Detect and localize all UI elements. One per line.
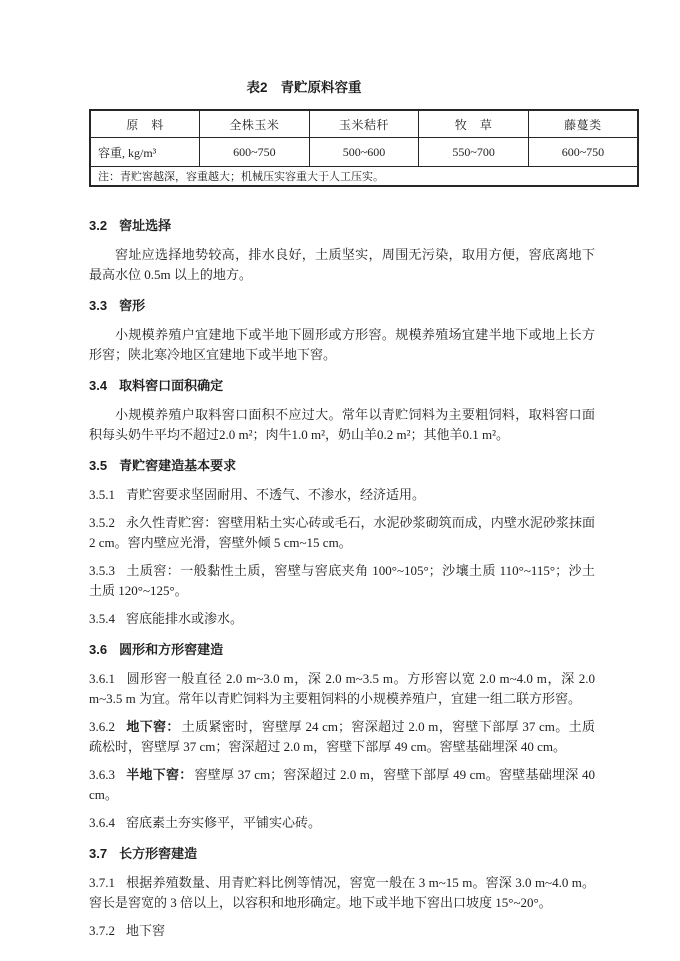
section-heading-3.2: 3.2窖址选择 bbox=[89, 216, 595, 236]
document-page: 表2青贮原料容重 原 料 全株玉米 玉米秸秆 牧 草 藤蔓类 容重, kg/m³… bbox=[0, 0, 680, 961]
paragraph: 小规模养殖户取料窖口面积不应过大。常年以青贮饲料为主要粗饲料，取料窖口面积每头奶… bbox=[89, 405, 595, 445]
heading-title: 圆形和方形窖建造 bbox=[119, 642, 223, 657]
clause-number: 3.7.1 bbox=[89, 875, 115, 890]
heading-title: 窖址选择 bbox=[119, 218, 171, 233]
clause-number: 3.7.2 bbox=[89, 923, 115, 938]
value-vine: 600~750 bbox=[528, 138, 638, 167]
table-note-row: 注：青贮窖越深，容重越大；机械压实容重大于人工压实。 bbox=[90, 167, 638, 187]
silage-density-table: 原 料 全株玉米 玉米秸秆 牧 草 藤蔓类 容重, kg/m³ 600~750 … bbox=[89, 109, 639, 187]
document-body: 3.2窖址选择窖址应选择地势较高，排水良好，土质坚实，周围无污染，取用方便，窖底… bbox=[89, 216, 595, 941]
column-header-vine: 藤蔓类 bbox=[528, 110, 638, 138]
clause-text: 永久性青贮窖：窖壁用粘土实心砖或毛石，水泥砂浆砌筑而成，内壁水泥砂浆抹面 2 c… bbox=[89, 515, 595, 550]
clause-3.7.2: 3.7.2地下窖 bbox=[89, 921, 595, 941]
paragraph-text: 小规模养殖户宜建地下或半地下圆形或方形窖。规模养殖场宜建半地下或地上长方形窖；陕… bbox=[89, 327, 595, 362]
clause-3.5.1: 3.5.1青贮窖要求坚固耐用、不透气、不渗水，经济适用。 bbox=[89, 485, 595, 505]
heading-title: 取料窖口面积确定 bbox=[119, 378, 223, 393]
row-label-density: 容重, kg/m³ bbox=[90, 138, 200, 167]
value-whole-corn: 600~750 bbox=[200, 138, 310, 167]
clause-number: 3.6.2 bbox=[89, 719, 115, 734]
value-forage: 550~700 bbox=[419, 138, 529, 167]
clause-3.5.4: 3.5.4窖底能排水或渗水。 bbox=[89, 609, 595, 629]
table-header-row: 原 料 全株玉米 玉米秸秆 牧 草 藤蔓类 bbox=[90, 110, 638, 138]
paragraph: 窖址应选择地势较高，排水良好，土质坚实，周围无污染，取用方便，窖底离地下最高水位… bbox=[89, 245, 595, 285]
section-heading-3.4: 3.4取料窖口面积确定 bbox=[89, 376, 595, 396]
heading-number: 3.7 bbox=[89, 846, 107, 861]
heading-number: 3.5 bbox=[89, 458, 107, 473]
clause-3.6.1: 3.6.1圆形窖一般直径 2.0 m~3.0 m，深 2.0 m~3.5 m。方… bbox=[89, 669, 595, 709]
clause-3.7.1: 3.7.1根据养殖数量、用青贮料比例等情况，窖宽一般在 3 m~15 m。窖深 … bbox=[89, 873, 595, 913]
heading-number: 3.3 bbox=[89, 298, 107, 313]
section-heading-3.6: 3.6圆形和方形窖建造 bbox=[89, 640, 595, 660]
paragraph-text: 窖址应选择地势较高，排水良好，土质坚实，周围无污染，取用方便，窖底离地下最高水位… bbox=[89, 247, 595, 282]
table-note: 注：青贮窖越深，容重越大；机械压实容重大于人工压实。 bbox=[90, 167, 638, 187]
clause-number: 3.5.2 bbox=[89, 515, 115, 530]
table-value-row: 容重, kg/m³ 600~750 500~600 550~700 600~75… bbox=[90, 138, 638, 167]
clause-text: 根据养殖数量、用青贮料比例等情况，窖宽一般在 3 m~15 m。窖深 3.0 m… bbox=[89, 875, 595, 910]
clause-number: 3.5.4 bbox=[89, 611, 115, 626]
clause-text: 窑底素土夯实修平，平铺实心砖。 bbox=[126, 815, 321, 830]
clause-3.6.4: 3.6.4窑底素土夯实修平，平铺实心砖。 bbox=[89, 813, 595, 833]
clause-3.5.3: 3.5.3土质窖：一般黏性土质，窖壁与窖底夹角 100°~105°；沙壤土质 1… bbox=[89, 561, 595, 601]
value-corn-stalk: 500~600 bbox=[309, 138, 419, 167]
paragraph-text: 小规模养殖户取料窖口面积不应过大。常年以青贮饲料为主要粗饲料，取料窖口面积每头奶… bbox=[89, 407, 595, 442]
clause-text: 地下窖 bbox=[126, 923, 165, 938]
table-caption: 表2青贮原料容重 bbox=[89, 76, 519, 96]
column-header-whole-corn: 全株玉米 bbox=[200, 110, 310, 138]
clause-text: 土质窖：一般黏性土质，窖壁与窖底夹角 100°~105°；沙壤土质 110°~1… bbox=[89, 563, 595, 598]
clause-text: 窖底能排水或渗水。 bbox=[126, 611, 243, 626]
clause-bold-label: 地下窖： bbox=[126, 719, 180, 734]
table-caption-title: 青贮原料容重 bbox=[281, 80, 362, 95]
clause-number: 3.6.1 bbox=[89, 671, 115, 686]
clause-3.5.2: 3.5.2永久性青贮窖：窖壁用粘土实心砖或毛石，水泥砂浆砌筑而成，内壁水泥砂浆抹… bbox=[89, 513, 595, 553]
heading-number: 3.2 bbox=[89, 218, 107, 233]
heading-title: 青贮窖建造基本要求 bbox=[119, 458, 236, 473]
clause-3.6.2: 3.6.2地下窖：土质紧密时，窖壁厚 24 cm；窖深超过 2.0 m，窖壁下部… bbox=[89, 717, 595, 757]
column-header-material: 原 料 bbox=[90, 110, 200, 138]
table-caption-number: 表2 bbox=[246, 80, 267, 95]
clause-3.6.3: 3.6.3半地下窖：窖壁厚 37 cm；窖深超过 2.0 m，窖壁下部厚 49 … bbox=[89, 765, 595, 805]
clause-bold-label: 半地下窖： bbox=[126, 767, 193, 782]
heading-number: 3.4 bbox=[89, 378, 107, 393]
section-heading-3.3: 3.3窖形 bbox=[89, 296, 595, 316]
clause-number: 3.5.1 bbox=[89, 487, 115, 502]
clause-number: 3.6.3 bbox=[89, 767, 115, 782]
clause-number: 3.5.3 bbox=[89, 563, 115, 578]
clause-text: 圆形窖一般直径 2.0 m~3.0 m，深 2.0 m~3.5 m。方形窖以宽 … bbox=[89, 671, 595, 706]
section-heading-3.7: 3.7长方形窖建造 bbox=[89, 844, 595, 864]
clause-text: 青贮窖要求坚固耐用、不透气、不渗水，经济适用。 bbox=[126, 487, 425, 502]
column-header-forage: 牧 草 bbox=[419, 110, 529, 138]
section-heading-3.5: 3.5青贮窖建造基本要求 bbox=[89, 456, 595, 476]
heading-number: 3.6 bbox=[89, 642, 107, 657]
heading-title: 长方形窖建造 bbox=[119, 846, 197, 861]
clause-number: 3.6.4 bbox=[89, 815, 115, 830]
heading-title: 窖形 bbox=[119, 298, 145, 313]
paragraph: 小规模养殖户宜建地下或半地下圆形或方形窖。规模养殖场宜建半地下或地上长方形窖；陕… bbox=[89, 325, 595, 365]
column-header-corn-stalk: 玉米秸秆 bbox=[309, 110, 419, 138]
